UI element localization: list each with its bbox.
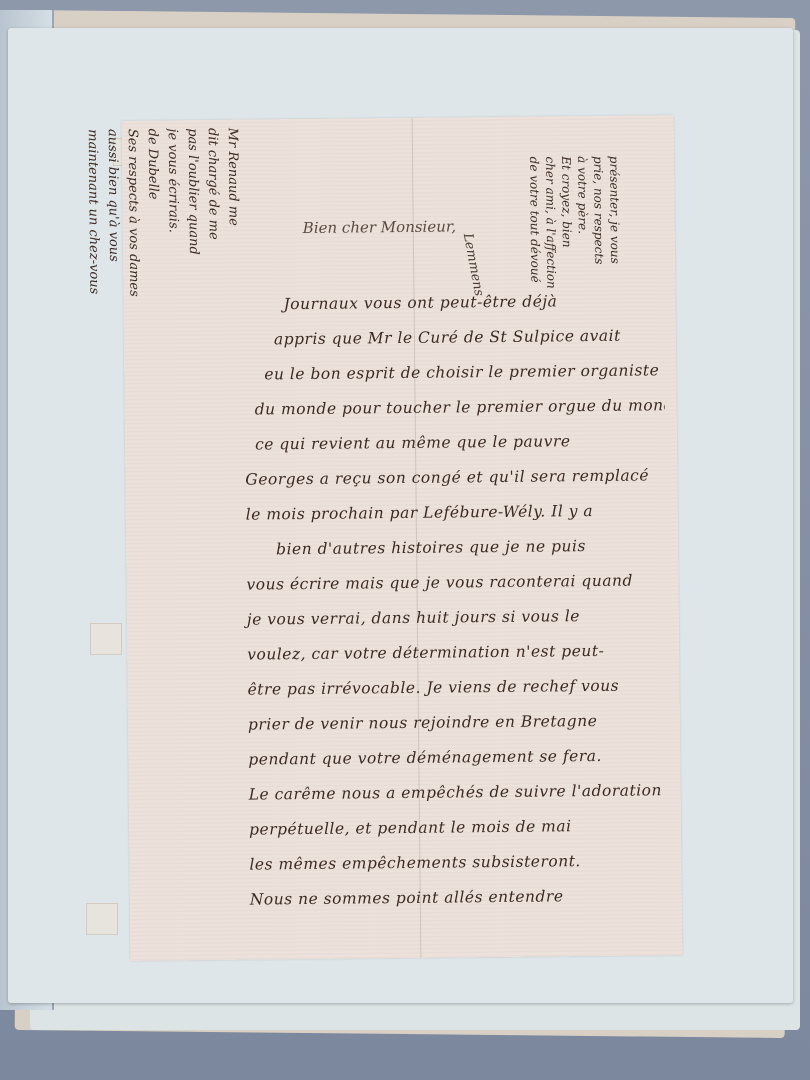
body-line: voulez, car votre détermination n'est pe… <box>147 633 667 673</box>
body-line: eu le bon esprit de choisir le premier o… <box>144 353 664 393</box>
body-line: Nous ne sommes point allés entendre <box>150 878 670 918</box>
salutation: Bien cher Monsieur, <box>303 217 457 237</box>
body-line: pendant que votre déménagement se fera. <box>148 738 668 778</box>
body-line: Journaux vous ont peut-être déjà <box>143 283 663 323</box>
body-line: être pas irrévocable. Je viens de rechef… <box>147 668 667 708</box>
body-line: Georges a reçu son congé et qu'il sera r… <box>145 458 665 498</box>
body-line: je vous verrai, dans huit jours si vous … <box>147 598 667 638</box>
body-line: prier de venir nous rejoindre en Bretagn… <box>148 703 668 743</box>
body-line: les mêmes empêchements subsisteront. <box>149 843 669 883</box>
body-line: ce qui revient au même que le pauvre <box>145 423 665 463</box>
body-line: du monde pour toucher le premier orgue d… <box>144 388 664 428</box>
letter-sheet: Mr Renaud me dit chargé de me pas l'oubl… <box>122 115 683 961</box>
letter-body: Journaux vous ont peut-être déjà appris … <box>143 283 670 918</box>
body-line: Le carême nous a empêchés de suivre l'ad… <box>149 773 669 813</box>
body-line: appris que Mr le Curé de St Sulpice avai… <box>144 318 664 358</box>
album-page: Mr Renaud me dit chargé de me pas l'oubl… <box>8 28 793 1003</box>
body-line: vous écrire mais que je vous raconterai … <box>146 563 666 603</box>
body-line: perpétuelle, et pendant le mois de mai <box>149 808 669 848</box>
body-line: le mois prochain par Lefébure-Wély. Il y… <box>146 493 666 533</box>
body-line: bien d'autres histoires que je ne puis <box>146 528 666 568</box>
